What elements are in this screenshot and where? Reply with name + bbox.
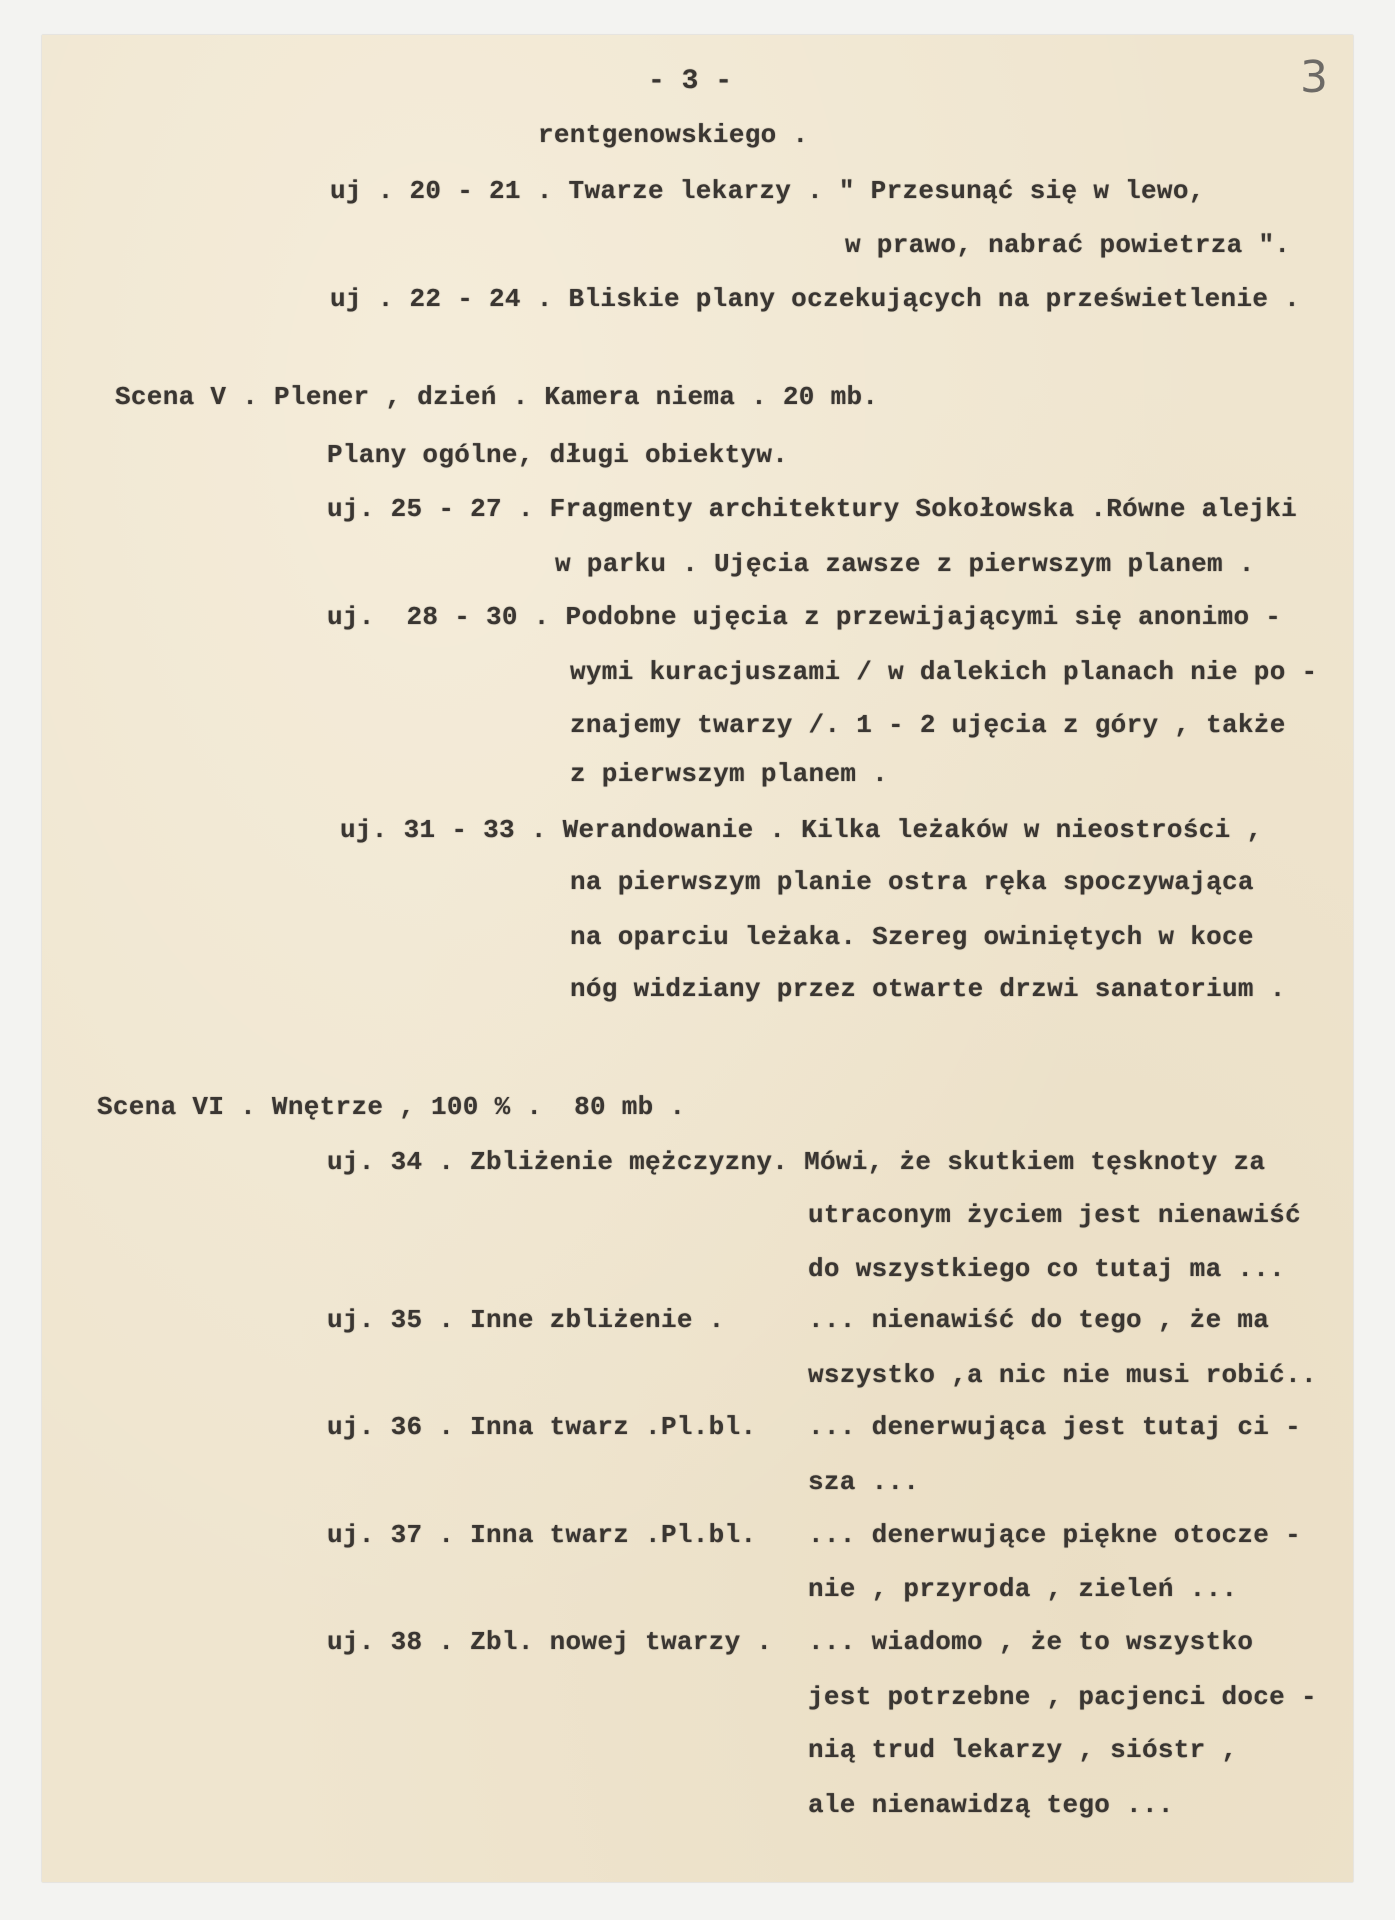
scene-heading-vi: Scena VI . Wnętrze , 100 % . 80 mb . [97, 1092, 685, 1122]
dialogue-line: ... denerwująca jest tutaj ci - [808, 1412, 1301, 1442]
shot-line-34: uj. 34 . Zbliżenie mężczyzny. Mówi, że s… [327, 1147, 1265, 1177]
dialogue-line: sza ... [808, 1467, 919, 1497]
dialogue-line: do wszystkiego co tutaj ma ... [808, 1254, 1285, 1284]
dialogue-line: nią trud lekarzy , sióstr , [808, 1735, 1237, 1765]
text-line: wymi kuracjuszami / w dalekich planach n… [570, 657, 1317, 687]
text-line: na pierwszym planie ostra ręka spoczywaj… [570, 867, 1254, 897]
text-line: w prawo, nabrać powietrza ". [845, 230, 1290, 260]
dialogue-line: ... denerwujące piękne otocze - [808, 1520, 1301, 1550]
shot-line-25-27: uj. 25 - 27 . Fragmenty architektury Sok… [327, 494, 1297, 524]
shot-line-31-33: uj. 31 - 33 . Werandowanie . Kilka leżak… [340, 815, 1262, 845]
dialogue-line: utraconym życiem jest nienawiść [808, 1200, 1301, 1230]
handwritten-page-number: 3 [1300, 52, 1328, 103]
shot-line-22-24: uj . 22 - 24 . Bliskie plany oczekującyc… [330, 284, 1300, 314]
text-line: Plany ogólne, długi obiektyw. [327, 440, 788, 470]
dialogue-line: ale nienawidzą tego ... [808, 1790, 1174, 1820]
shot-line-28-30: uj. 28 - 30 . Podobne ujęcia z przewijaj… [327, 602, 1281, 632]
text-line: znajemy twarzy /. 1 - 2 ujęcia z góry , … [570, 710, 1286, 740]
text-line: z pierwszym planem . [570, 759, 888, 789]
typed-page-header: - 3 - [648, 66, 732, 97]
shot-line-36: uj. 36 . Inna twarz .Pl.bl. [327, 1412, 756, 1442]
text-line: rentgenowskiego . [538, 120, 808, 150]
dialogue-line: ... nienawiść do tego , że ma [808, 1305, 1269, 1335]
dialogue-line: ... wiadomo , że to wszystko [808, 1627, 1253, 1657]
text-line: nóg widziany przez otwarte drzwi sanator… [570, 974, 1286, 1004]
shot-line-20-21: uj . 20 - 21 . Twarze lekarzy . " Przesu… [330, 176, 1205, 206]
shot-line-37: uj. 37 . Inna twarz .Pl.bl. [327, 1520, 756, 1550]
shot-line-35: uj. 35 . Inne zbliżenie . [327, 1305, 725, 1335]
dialogue-line: jest potrzebne , pacjenci doce - [808, 1682, 1317, 1712]
text-line: na oparciu leżaka. Szereg owiniętych w k… [570, 922, 1254, 952]
scene-heading-v: Scena V . Plener , dzień . Kamera niema … [115, 382, 878, 412]
dialogue-line: wszystko ,a nic nie musi robić.. [808, 1360, 1317, 1390]
dialogue-line: nie , przyroda , zieleń ... [808, 1574, 1237, 1604]
text-line: w parku . Ujęcia zawsze z pierwszym plan… [555, 549, 1255, 579]
shot-line-38: uj. 38 . Zbl. nowej twarzy . [327, 1627, 772, 1657]
